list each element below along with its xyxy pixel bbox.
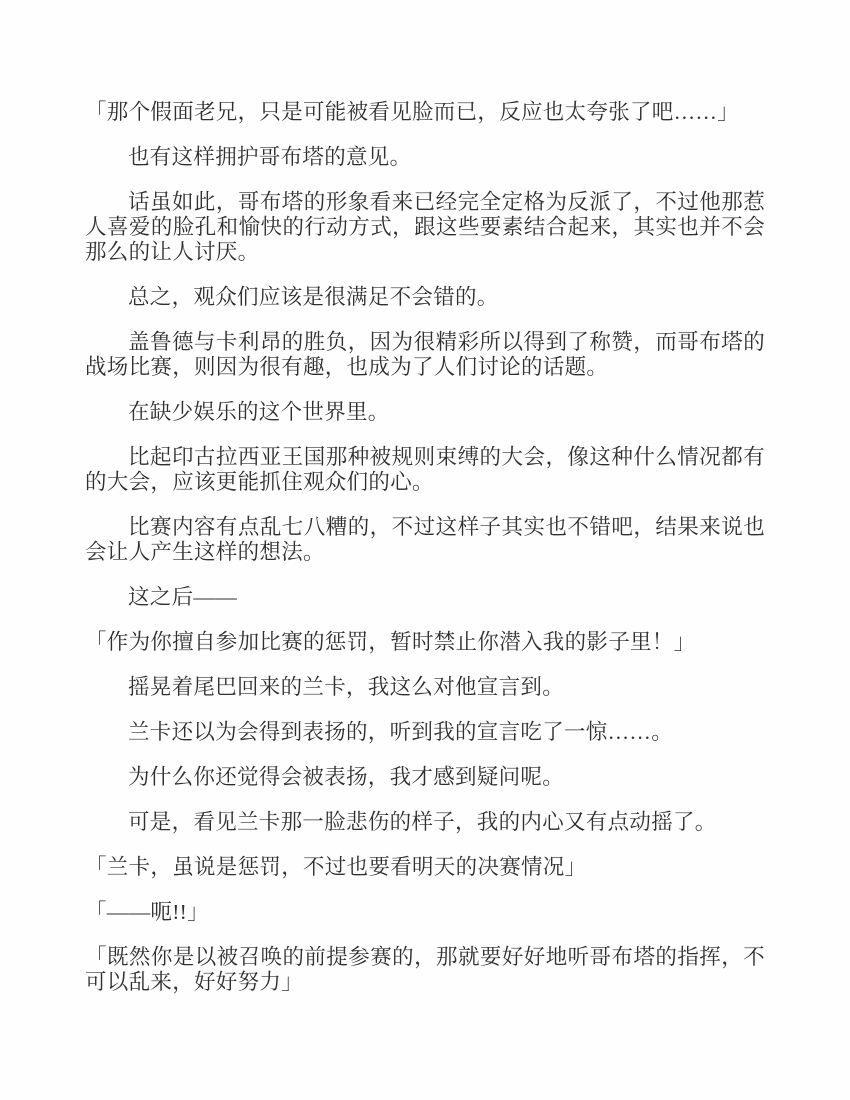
paragraph-dialogue: 「既然你是以被召唤的前提参赛的，那就要好好地听哥布塔的指挥，不可以乱来，好好努力… xyxy=(85,945,765,995)
paragraph-narration: 可是，看见兰卡那一脸悲伤的样子，我的内心又有点动摇了。 xyxy=(85,810,765,835)
paragraph-narration: 比赛内容有点乱七八糟的，不过这样子其实也不错吧，结果来说也会让人产生这样的想法。 xyxy=(85,515,765,565)
paragraph-narration: 兰卡还以为会得到表扬的，听到我的宣言吃了一惊……。 xyxy=(85,720,765,745)
paragraph-narration: 盖鲁德与卡利昂的胜负，因为很精彩所以得到了称赞，而哥布塔的战场比赛，则因为很有趣… xyxy=(85,330,765,380)
paragraph-dialogue: 「——呃!!」 xyxy=(85,900,765,925)
paragraph-dialogue: 「那个假面老兄，只是可能被看见脸而已，反应也太夸张了吧……」 xyxy=(85,100,765,125)
paragraph-narration: 话虽如此，哥布塔的形象看来已经完全定格为反派了，不过他那惹人喜爱的脸孔和愉快的行… xyxy=(85,190,765,265)
paragraph-narration: 也有这样拥护哥布塔的意见。 xyxy=(85,145,765,170)
paragraph-narration: 在缺少娱乐的这个世界里。 xyxy=(85,400,765,425)
paragraph-dialogue: 「兰卡，虽说是惩罚，不过也要看明天的决赛情况」 xyxy=(85,855,765,880)
novel-reader-page: 「那个假面老兄，只是可能被看见脸而已，反应也太夸张了吧……」 也有这样拥护哥布塔… xyxy=(0,0,850,1100)
paragraph-narration: 总之，观众们应该是很满足不会错的。 xyxy=(85,285,765,310)
paragraph-narration: 为什么你还觉得会被表扬，我才感到疑问呢。 xyxy=(85,765,765,790)
novel-text-block: 「那个假面老兄，只是可能被看见脸而已，反应也太夸张了吧……」 也有这样拥护哥布塔… xyxy=(85,100,765,995)
paragraph-narration: 这之后—— xyxy=(85,585,765,610)
paragraph-narration: 摇晃着尾巴回来的兰卡，我这么对他宣言到。 xyxy=(85,675,765,700)
paragraph-dialogue: 「作为你擅自参加比赛的惩罚，暂时禁止你潜入我的影子里！」 xyxy=(85,630,765,655)
paragraph-narration: 比起印古拉西亚王国那种被规则束缚的大会，像这种什么情况都有的大会，应该更能抓住观… xyxy=(85,445,765,495)
